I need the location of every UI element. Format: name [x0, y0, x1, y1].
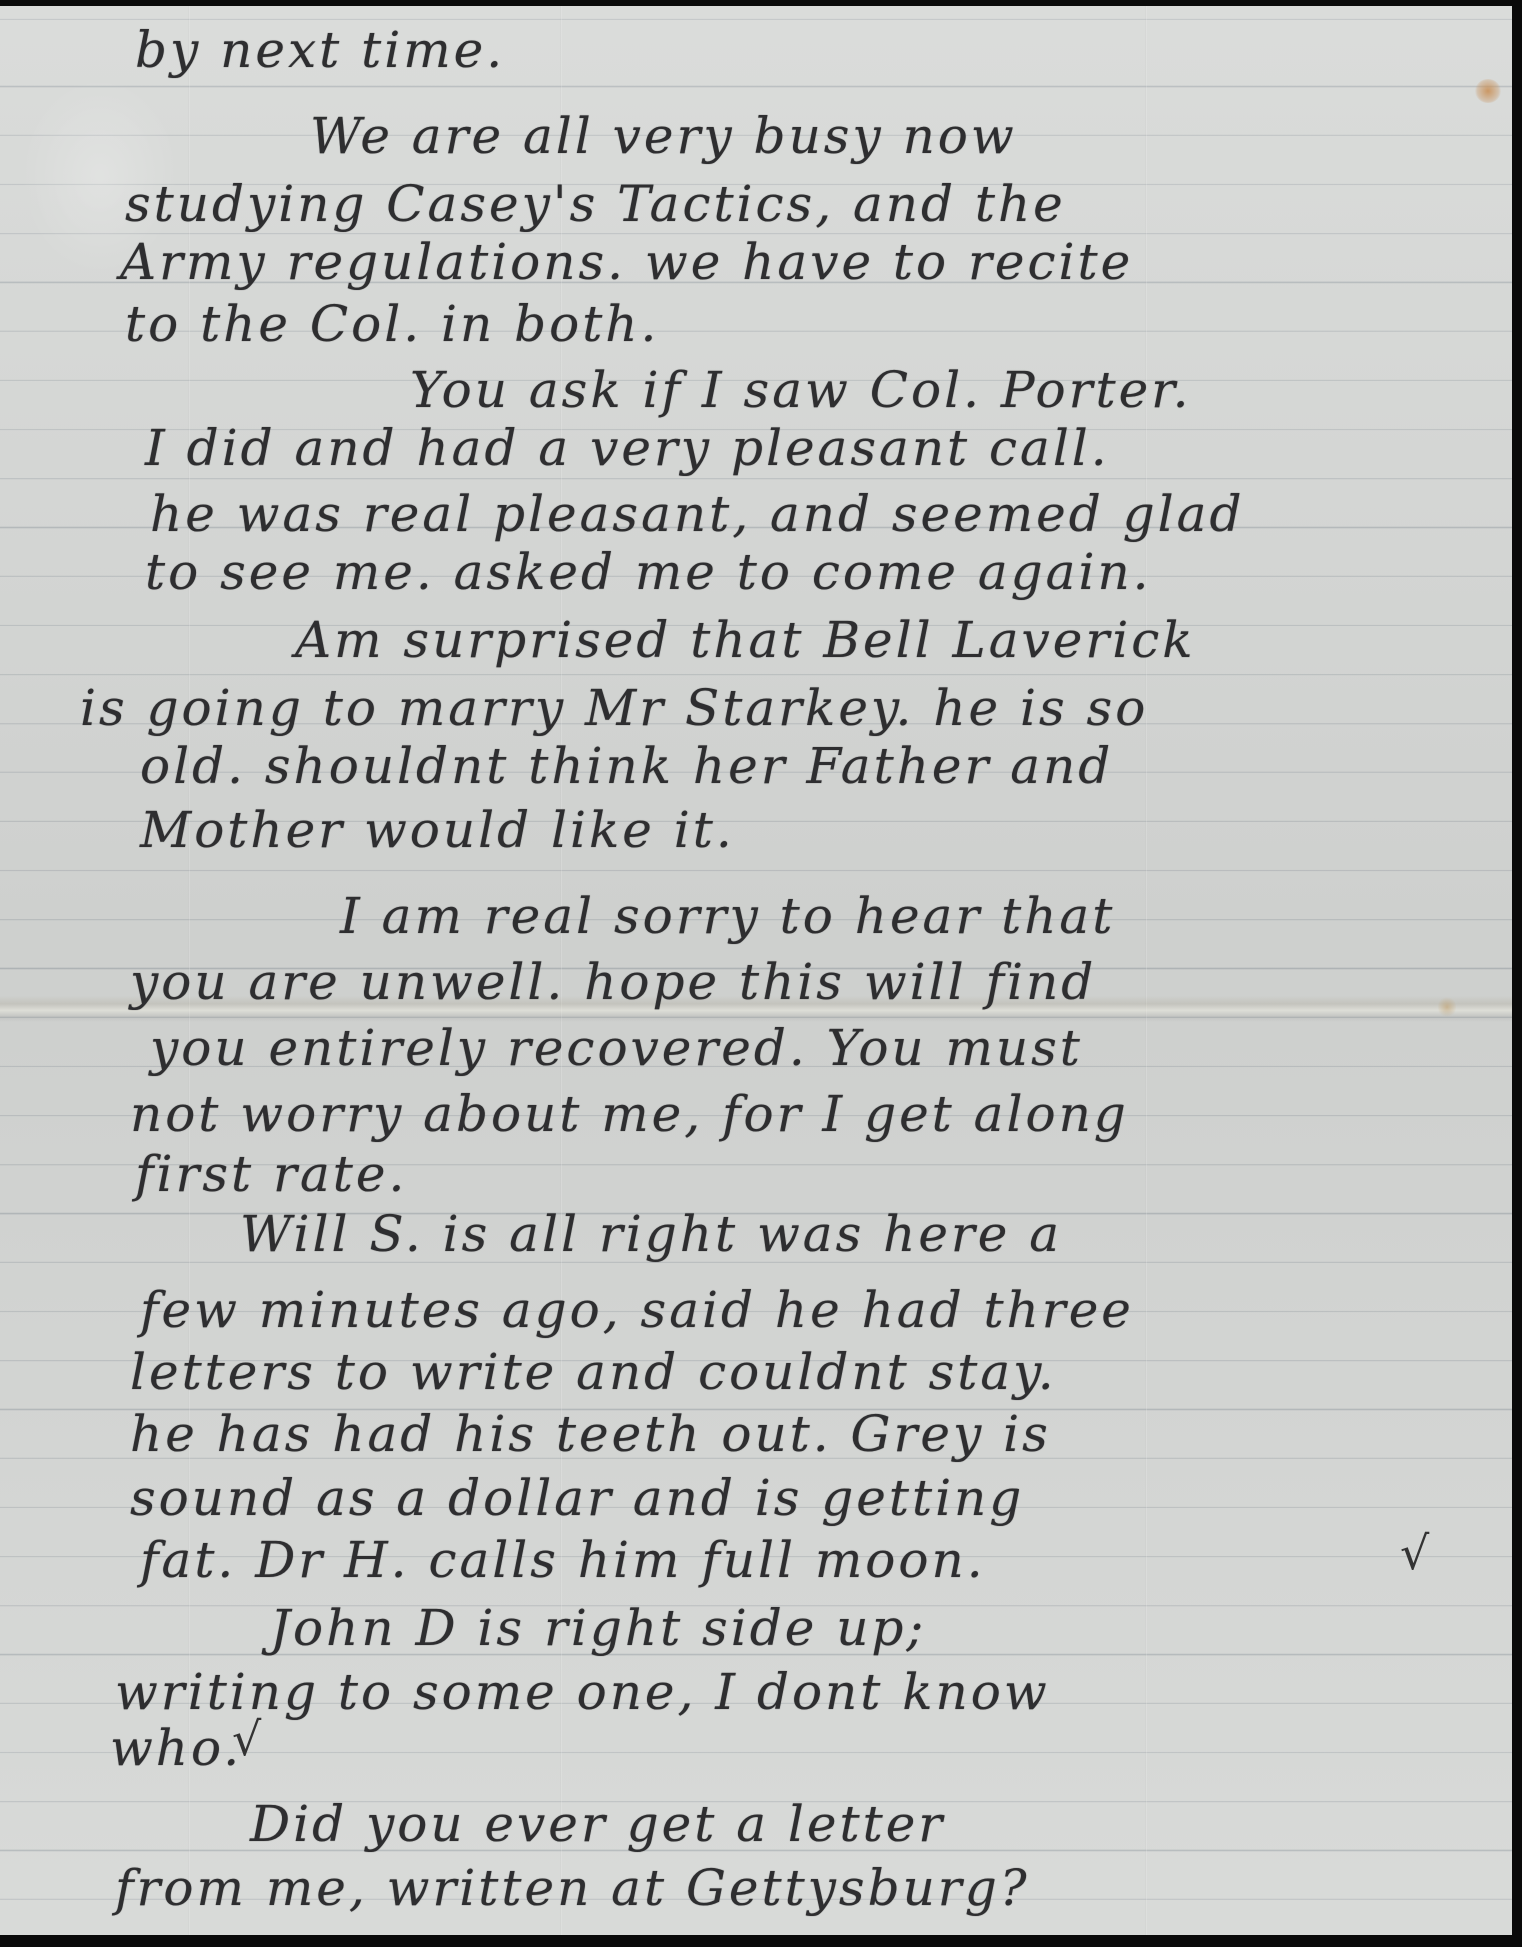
letter-line: you are unwell. hope this will find [130, 952, 1096, 1012]
letter-line: Army regulations. we have to recite [120, 232, 1133, 292]
letter-line: letters to write and couldnt stay. [130, 1342, 1057, 1402]
letter-line: I am real sorry to hear that [340, 886, 1115, 946]
letter-line: John D is right side up; [270, 1598, 926, 1658]
fold-crease-vertical [1145, 6, 1147, 1935]
letter-line: few minutes ago, said he had three [140, 1280, 1134, 1340]
letter-line: sound as a dollar and is getting [130, 1468, 1024, 1528]
letter-line: studying Casey's Tactics, and the [125, 174, 1066, 234]
check-mark: √ [1400, 1526, 1429, 1580]
letter-line: You ask if I saw Col. Porter. [410, 360, 1191, 420]
ink-stain [1475, 79, 1501, 103]
letter-line: you entirely recovered. You must [150, 1018, 1083, 1078]
letter-line: he was real pleasant, and seemed glad [150, 484, 1244, 544]
letter-line: Am surprised that Bell Laverick [295, 610, 1196, 670]
letter-line: We are all very busy now [310, 106, 1017, 166]
letter-line: Did you ever get a letter [250, 1794, 945, 1854]
letter-line: to see me. asked me to come again. [145, 542, 1152, 602]
letter-line: Mother would like it. [140, 800, 735, 860]
letter-line: he has had his teeth out. Grey is [130, 1404, 1051, 1464]
check-mark: √ [232, 1712, 261, 1766]
ink-stain [1438, 996, 1456, 1018]
letter-line: by next time. [135, 20, 505, 80]
letter-line: from me, written at Gettysburg? [115, 1858, 1030, 1918]
letter-line: to the Col. in both. [125, 294, 659, 354]
letter-line: who. [110, 1718, 242, 1778]
letter-line: Will S. is all right was here a [240, 1204, 1062, 1264]
letter-line: old. shouldnt think her Father and [140, 736, 1113, 796]
letter-line: I did and had a very pleasant call. [145, 418, 1110, 478]
letter-line: first rate. [135, 1144, 407, 1204]
letter-line: fat. Dr H. calls him full moon. [140, 1530, 986, 1590]
letter-line: is going to marry Mr Starkey. he is so [80, 678, 1148, 738]
letter-line: not worry about me, for I get along [130, 1084, 1129, 1144]
letter-page: by next time. We are all very busy now s… [0, 6, 1512, 1935]
